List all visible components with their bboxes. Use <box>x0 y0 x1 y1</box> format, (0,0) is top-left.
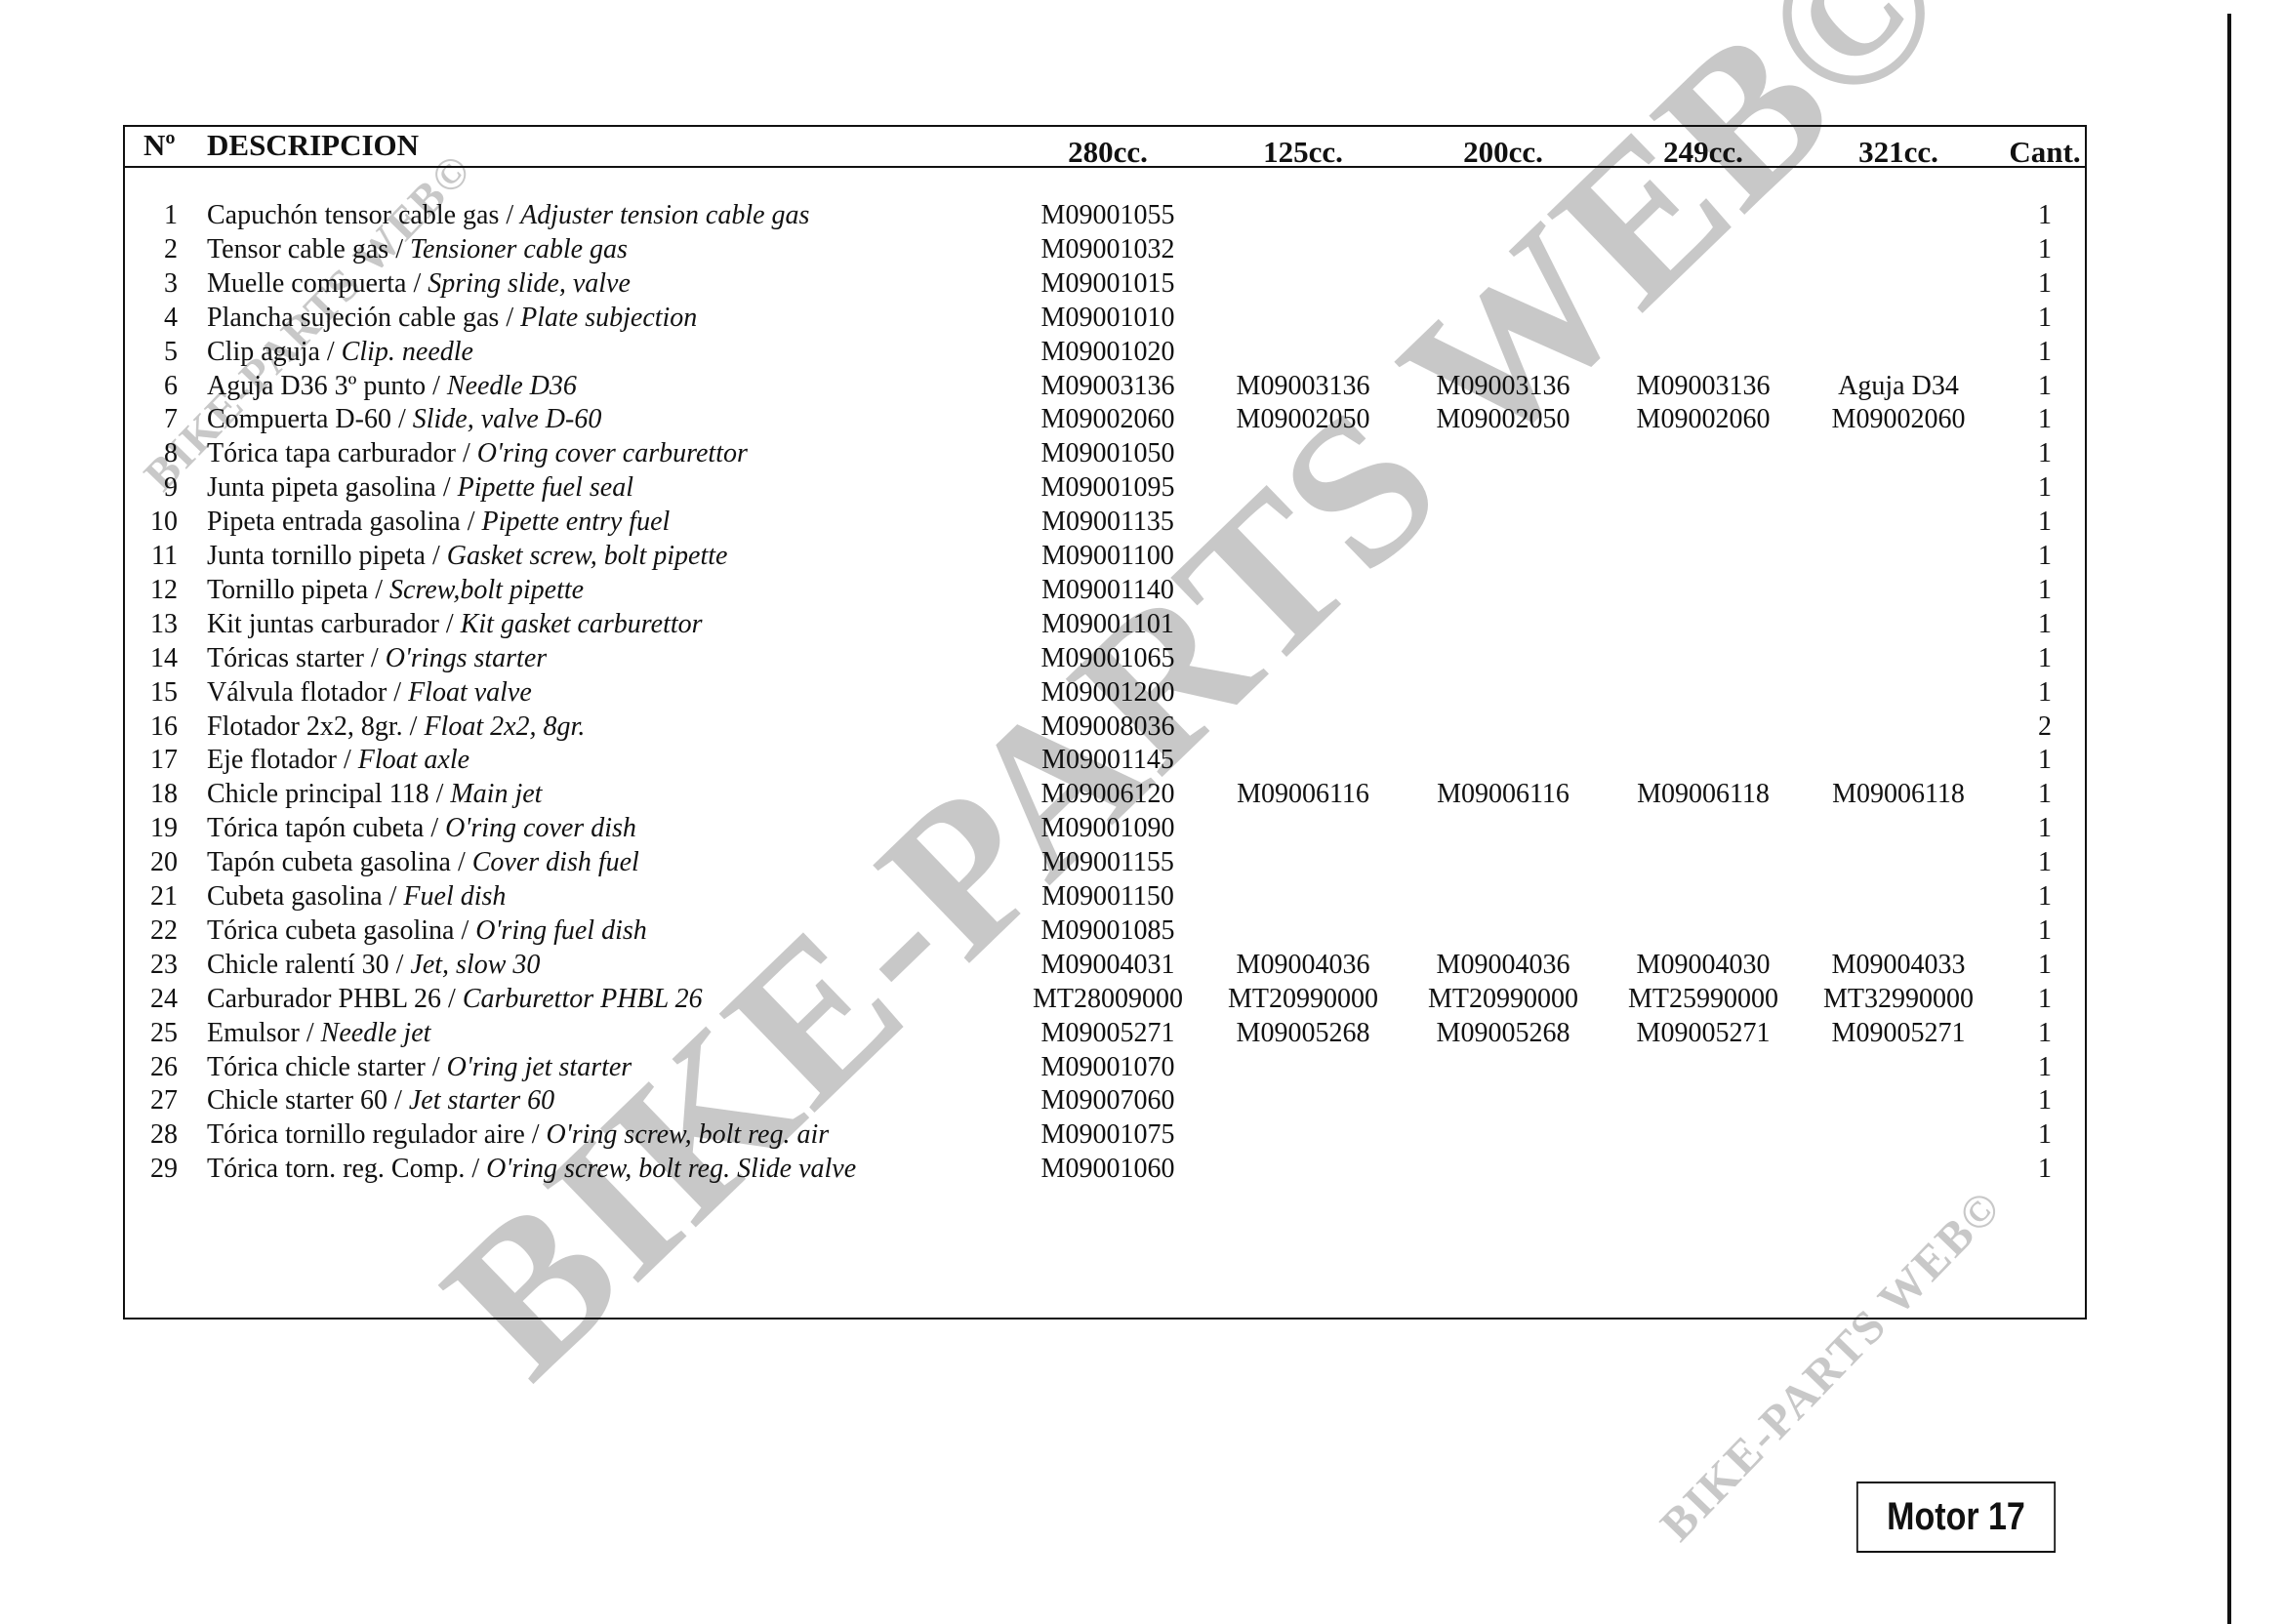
part-code: Aguja D34 <box>1801 369 1996 403</box>
table-row: 20Tapón cubeta gasolina / Cover dish fue… <box>0 845 2283 879</box>
row-number: 18 <box>137 777 178 811</box>
row-number: 27 <box>137 1083 178 1117</box>
part-code: M09001010 <box>1010 301 1205 335</box>
description-english: O'ring screw, bolt reg. Slide valve <box>486 1154 856 1184</box>
table-row: 18Chicle principal 118 / Main jetM090061… <box>0 777 2283 811</box>
row-quantity: 1 <box>2030 436 2059 470</box>
table-row: 27Chicle starter 60 / Jet starter 60M090… <box>0 1083 2283 1117</box>
part-code: M09001155 <box>1010 845 1205 879</box>
table-row: 16Flotador 2x2, 8gr. / Float 2x2, 8gr.M0… <box>0 710 2283 744</box>
row-number: 3 <box>137 266 178 301</box>
description-separator: / <box>499 303 520 333</box>
row-number: 23 <box>137 948 178 982</box>
part-code: M09001065 <box>1010 641 1205 675</box>
row-description: Kit juntas carburador / Kit gasket carbu… <box>207 607 703 641</box>
table-row: 28Tórica tornillo regulador aire / O'rin… <box>0 1117 2283 1152</box>
row-description: Tórica tapón cubeta / O'ring cover dish <box>207 811 636 845</box>
row-quantity: 1 <box>2030 1050 2059 1084</box>
part-code: M09001032 <box>1010 232 1205 266</box>
description-english: Clip. needle <box>342 337 473 367</box>
table-row: 5Clip aguja / Clip. needleM090010201 <box>0 335 2283 369</box>
description-spanish: Carburador PHBL 26 <box>207 984 441 1014</box>
row-number: 17 <box>137 743 178 777</box>
description-separator: / <box>451 847 472 877</box>
row-number: 10 <box>137 505 178 539</box>
row-number: 16 <box>137 710 178 744</box>
description-separator: / <box>426 541 447 571</box>
description-spanish: Tapón cubeta gasolina <box>207 847 451 877</box>
description-english: Carburettor PHBL 26 <box>463 984 703 1014</box>
description-english: Float valve <box>408 677 532 708</box>
row-description: Plancha sujeción cable gas / Plate subje… <box>207 301 697 335</box>
row-description: Chicle starter 60 / Jet starter 60 <box>207 1083 554 1117</box>
row-number: 22 <box>137 913 178 948</box>
row-description: Chicle ralentí 30 / Jet, slow 30 <box>207 948 540 982</box>
description-english: Pipette fuel seal <box>458 472 633 503</box>
row-description: Tórica torn. reg. Comp. / O'ring screw, … <box>207 1152 856 1186</box>
row-quantity: 2 <box>2030 710 2059 744</box>
table-row: 11Junta tornillo pipeta / Gasket screw, … <box>0 539 2283 573</box>
row-number: 13 <box>137 607 178 641</box>
row-quantity: 1 <box>2030 1016 2059 1050</box>
table-row: 1Capuchón tensor cable gas / Adjuster te… <box>0 198 2283 232</box>
description-separator: / <box>426 371 447 401</box>
row-quantity: 1 <box>2030 1152 2059 1186</box>
description-english: Plate subjection <box>520 303 697 333</box>
row-description: Clip aguja / Clip. needle <box>207 335 473 369</box>
description-english: O'rings starter <box>386 643 547 673</box>
description-spanish: Plancha sujeción cable gas <box>207 303 499 333</box>
part-code: M09008036 <box>1010 710 1205 744</box>
row-description: Tórica cubeta gasolina / O'ring fuel dis… <box>207 913 647 948</box>
description-spanish: Tórica cubeta gasolina <box>207 915 454 946</box>
table-row: 13Kit juntas carburador / Kit gasket car… <box>0 607 2283 641</box>
description-english: Cover dish fuel <box>472 847 639 877</box>
part-code: M09001020 <box>1010 335 1205 369</box>
description-separator: / <box>426 1052 447 1082</box>
part-code: M09004031 <box>1010 948 1205 982</box>
part-code: MT20990000 <box>1406 982 1601 1016</box>
table-row: 4Plancha sujeción cable gas / Plate subj… <box>0 301 2283 335</box>
header-249cc: 249cc. <box>1606 134 1801 171</box>
part-code: M09004036 <box>1205 948 1401 982</box>
description-separator: / <box>456 438 477 468</box>
description-english: Fuel dish <box>403 881 506 912</box>
row-description: Válvula flotador / Float valve <box>207 675 532 710</box>
row-number: 4 <box>137 301 178 335</box>
part-code: M09001070 <box>1010 1050 1205 1084</box>
row-quantity: 1 <box>2030 539 2059 573</box>
row-quantity: 1 <box>2030 232 2059 266</box>
row-quantity: 1 <box>2030 402 2059 436</box>
description-english: Jet starter 60 <box>409 1085 554 1116</box>
row-description: Junta tornillo pipeta / Gasket screw, bo… <box>207 539 727 573</box>
row-number: 5 <box>137 335 178 369</box>
description-english: Needle D36 <box>447 371 577 401</box>
row-number: 1 <box>137 198 178 232</box>
row-number: 28 <box>137 1117 178 1152</box>
description-spanish: Clip aguja <box>207 337 320 367</box>
part-code: M09001145 <box>1010 743 1205 777</box>
row-quantity: 1 <box>2030 1117 2059 1152</box>
description-separator: / <box>387 1085 409 1116</box>
part-code: M09002050 <box>1205 402 1401 436</box>
description-separator: / <box>391 404 413 434</box>
description-english: Needle jet <box>321 1018 431 1048</box>
row-quantity: 1 <box>2030 675 2059 710</box>
part-code: M09007060 <box>1010 1083 1205 1117</box>
description-spanish: Junta tornillo pipeta <box>207 541 426 571</box>
row-quantity: 1 <box>2030 369 2059 403</box>
header-quantity: Cant. <box>1947 134 2142 171</box>
row-number: 7 <box>137 402 178 436</box>
description-separator: / <box>465 1154 486 1184</box>
table-row: 2Tensor cable gas / Tensioner cable gasM… <box>0 232 2283 266</box>
table-row: 14Tóricas starter / O'rings starterM0900… <box>0 641 2283 675</box>
row-description: Eje flotador / Float axle <box>207 743 469 777</box>
description-separator: / <box>337 745 358 775</box>
row-quantity: 1 <box>2030 198 2059 232</box>
page-label: Motor 17 <box>1856 1482 2056 1553</box>
part-code: M09004030 <box>1606 948 1801 982</box>
part-code: M09003136 <box>1606 369 1801 403</box>
part-code: MT28009000 <box>1010 982 1205 1016</box>
header-number: Nº <box>143 127 176 164</box>
part-code: MT20990000 <box>1205 982 1401 1016</box>
description-separator: / <box>388 234 410 264</box>
row-quantity: 1 <box>2030 607 2059 641</box>
row-quantity: 1 <box>2030 948 2059 982</box>
description-separator: / <box>368 575 389 605</box>
row-quantity: 1 <box>2030 573 2059 607</box>
description-spanish: Tórica torn. reg. Comp. <box>207 1154 465 1184</box>
row-quantity: 1 <box>2030 743 2059 777</box>
description-separator: / <box>364 643 386 673</box>
row-description: Pipeta entrada gasolina / Pipette entry … <box>207 505 670 539</box>
description-spanish: Compuerta D-60 <box>207 404 391 434</box>
part-code: M09001150 <box>1010 879 1205 913</box>
table-row: 26Tórica chicle starter / O'ring jet sta… <box>0 1050 2283 1084</box>
row-quantity: 1 <box>2030 470 2059 505</box>
description-english: Spring slide, valve <box>428 268 631 299</box>
table-row: 12Tornillo pipeta / Screw,bolt pipetteM0… <box>0 573 2283 607</box>
header-280cc: 280cc. <box>1010 134 1205 171</box>
part-code: M09001090 <box>1010 811 1205 845</box>
description-spanish: Tórica tornillo regulador aire <box>207 1119 525 1150</box>
description-separator: / <box>439 609 461 639</box>
description-spanish: Tóricas starter <box>207 643 364 673</box>
description-english: Slide, valve D-60 <box>413 404 602 434</box>
row-number: 29 <box>137 1152 178 1186</box>
row-quantity: 1 <box>2030 641 2059 675</box>
table-row: 29Tórica torn. reg. Comp. / O'ring screw… <box>0 1152 2283 1186</box>
header-125cc: 125cc. <box>1205 134 1401 171</box>
description-english: Tensioner cable gas <box>410 234 628 264</box>
description-spanish: Chicle principal 118 <box>207 779 429 809</box>
row-description: Tóricas starter / O'rings starter <box>207 641 547 675</box>
part-code: M09001055 <box>1010 198 1205 232</box>
row-number: 11 <box>137 539 178 573</box>
part-code: M09004036 <box>1406 948 1601 982</box>
row-quantity: 1 <box>2030 505 2059 539</box>
row-number: 15 <box>137 675 178 710</box>
row-number: 20 <box>137 845 178 879</box>
part-code: M09005271 <box>1801 1016 1996 1050</box>
row-description: Cubeta gasolina / Fuel dish <box>207 879 506 913</box>
row-quantity: 1 <box>2030 1083 2059 1117</box>
description-separator: / <box>436 472 458 503</box>
header-description: DESCRIPCION <box>207 127 419 164</box>
table-row: 10Pipeta entrada gasolina / Pipette entr… <box>0 505 2283 539</box>
row-description: Chicle principal 118 / Main jet <box>207 777 542 811</box>
part-code: M09001101 <box>1010 607 1205 641</box>
description-english: Adjuster tension cable gas <box>520 200 809 230</box>
part-code: MT32990000 <box>1801 982 1996 1016</box>
description-spanish: Chicle ralentí 30 <box>207 950 389 980</box>
description-english: Float 2x2, 8gr. <box>424 711 585 742</box>
description-separator: / <box>383 881 404 912</box>
description-separator: / <box>525 1119 547 1150</box>
part-code: M09005271 <box>1010 1016 1205 1050</box>
row-number: 19 <box>137 811 178 845</box>
part-code: M09005268 <box>1406 1016 1601 1050</box>
row-number: 21 <box>137 879 178 913</box>
description-english: O'ring cover carburettor <box>477 438 748 468</box>
part-code: M09002060 <box>1606 402 1801 436</box>
description-english: Kit gasket carburettor <box>461 609 703 639</box>
row-number: 14 <box>137 641 178 675</box>
description-spanish: Chicle starter 60 <box>207 1085 387 1116</box>
row-description: Flotador 2x2, 8gr. / Float 2x2, 8gr. <box>207 710 585 744</box>
table-row: 17Eje flotador / Float axleM090011451 <box>0 743 2283 777</box>
table-row: 3Muelle compuerta / Spring slide, valveM… <box>0 266 2283 301</box>
part-code: M09003136 <box>1406 369 1601 403</box>
table-row: 8Tórica tapa carburador / O'ring cover c… <box>0 436 2283 470</box>
part-code: M09002050 <box>1406 402 1601 436</box>
row-quantity: 1 <box>2030 879 2059 913</box>
row-quantity: 1 <box>2030 845 2059 879</box>
description-spanish: Junta pipeta gasolina <box>207 472 436 503</box>
table-row: 24Carburador PHBL 26 / Carburettor PHBL … <box>0 982 2283 1016</box>
row-quantity: 1 <box>2030 266 2059 301</box>
description-spanish: Cubeta gasolina <box>207 881 383 912</box>
part-code: M09001135 <box>1010 505 1205 539</box>
description-english: Screw,bolt pipette <box>389 575 584 605</box>
description-spanish: Aguja D36 3º punto <box>207 371 426 401</box>
row-description: Compuerta D-60 / Slide, valve D-60 <box>207 402 601 436</box>
parts-list-page: BIKE-PARTS WEB© BIKE-PARTS WEB© BIKE-PAR… <box>0 0 2283 1624</box>
row-description: Capuchón tensor cable gas / Adjuster ten… <box>207 198 809 232</box>
table-row: 21Cubeta gasolina / Fuel dishM090011501 <box>0 879 2283 913</box>
row-number: 12 <box>137 573 178 607</box>
part-code: M09006118 <box>1801 777 1996 811</box>
description-english: Pipette entry fuel <box>481 507 670 537</box>
row-quantity: 1 <box>2030 301 2059 335</box>
description-separator: / <box>387 677 408 708</box>
row-quantity: 1 <box>2030 335 2059 369</box>
part-code: M09001085 <box>1010 913 1205 948</box>
row-description: Tórica chicle starter / O'ring jet start… <box>207 1050 632 1084</box>
description-spanish: Muelle compuerta <box>207 268 406 299</box>
part-code: M09001060 <box>1010 1152 1205 1186</box>
row-description: Emulsor / Needle jet <box>207 1016 430 1050</box>
row-description: Carburador PHBL 26 / Carburettor PHBL 26 <box>207 982 703 1016</box>
part-code: M09001095 <box>1010 470 1205 505</box>
part-code: M09001050 <box>1010 436 1205 470</box>
part-code: M09005268 <box>1205 1016 1401 1050</box>
table-row: 23Chicle ralentí 30 / Jet, slow 30M09004… <box>0 948 2283 982</box>
description-spanish: Flotador 2x2, 8gr. <box>207 711 403 742</box>
part-code: M09004033 <box>1801 948 1996 982</box>
row-number: 26 <box>137 1050 178 1084</box>
table-row: 19Tórica tapón cubeta / O'ring cover dis… <box>0 811 2283 845</box>
part-code: M09001075 <box>1010 1117 1205 1152</box>
row-description: Muelle compuerta / Spring slide, valve <box>207 266 631 301</box>
description-separator: / <box>320 337 342 367</box>
description-english: Gasket screw, bolt pipette <box>447 541 728 571</box>
description-spanish: Válvula flotador <box>207 677 387 708</box>
row-quantity: 1 <box>2030 913 2059 948</box>
description-spanish: Kit juntas carburador <box>207 609 439 639</box>
description-separator: / <box>461 507 482 537</box>
table-row: 9Junta pipeta gasolina / Pipette fuel se… <box>0 470 2283 505</box>
description-english: O'ring jet starter <box>447 1052 632 1082</box>
part-code: MT25990000 <box>1606 982 1801 1016</box>
row-description: Tórica tapa carburador / O'ring cover ca… <box>207 436 748 470</box>
description-english: O'ring screw, bolt reg. air <box>547 1119 830 1150</box>
row-description: Junta pipeta gasolina / Pipette fuel sea… <box>207 470 633 505</box>
table-row: 25Emulsor / Needle jetM09005271M09005268… <box>0 1016 2283 1050</box>
row-number: 6 <box>137 369 178 403</box>
description-separator: / <box>424 813 445 843</box>
description-spanish: Tensor cable gas <box>207 234 388 264</box>
description-english: Float axle <box>358 745 469 775</box>
description-spanish: Tórica chicle starter <box>207 1052 426 1082</box>
part-code: M09005271 <box>1606 1016 1801 1050</box>
description-spanish: Emulsor <box>207 1018 300 1048</box>
row-number: 24 <box>137 982 178 1016</box>
description-english: O'ring cover dish <box>445 813 636 843</box>
description-english: O'ring fuel dish <box>475 915 647 946</box>
part-code: M09006120 <box>1010 777 1205 811</box>
description-spanish: Capuchón tensor cable gas <box>207 200 499 230</box>
row-description: Tapón cubeta gasolina / Cover dish fuel <box>207 845 639 879</box>
table-row: 15Válvula flotador / Float valveM0900120… <box>0 675 2283 710</box>
row-quantity: 1 <box>2030 811 2059 845</box>
part-code: M09006118 <box>1606 777 1801 811</box>
row-description: Tórica tornillo regulador aire / O'ring … <box>207 1117 829 1152</box>
description-spanish: Tórica tapón cubeta <box>207 813 424 843</box>
description-separator: / <box>499 200 520 230</box>
table-row: 6Aguja D36 3º punto / Needle D36M0900313… <box>0 369 2283 403</box>
header-200cc: 200cc. <box>1406 134 1601 171</box>
description-separator: / <box>403 711 425 742</box>
row-number: 25 <box>137 1016 178 1050</box>
description-separator: / <box>406 268 428 299</box>
part-code: M09001140 <box>1010 573 1205 607</box>
description-separator: / <box>300 1018 321 1048</box>
part-code: M09006116 <box>1406 777 1601 811</box>
table-row: 7Compuerta D-60 / Slide, valve D-60M0900… <box>0 402 2283 436</box>
part-code: M09002060 <box>1010 402 1205 436</box>
part-code: M09006116 <box>1205 777 1401 811</box>
description-spanish: Tórica tapa carburador <box>207 438 456 468</box>
part-code: M09003136 <box>1010 369 1205 403</box>
description-spanish: Tornillo pipeta <box>207 575 368 605</box>
description-separator: / <box>429 779 451 809</box>
row-number: 8 <box>137 436 178 470</box>
row-description: Tensor cable gas / Tensioner cable gas <box>207 232 628 266</box>
row-quantity: 1 <box>2030 777 2059 811</box>
description-separator: / <box>389 950 411 980</box>
description-separator: / <box>441 984 463 1014</box>
description-separator: / <box>454 915 475 946</box>
description-english: Jet, slow 30 <box>410 950 540 980</box>
part-code: M09003136 <box>1205 369 1401 403</box>
row-quantity: 1 <box>2030 982 2059 1016</box>
part-code: M09001200 <box>1010 675 1205 710</box>
description-english: Main jet <box>450 779 542 809</box>
part-code: M09001015 <box>1010 266 1205 301</box>
part-code: M09001100 <box>1010 539 1205 573</box>
row-number: 2 <box>137 232 178 266</box>
page-edge-line <box>2227 14 2231 1624</box>
row-description: Tornillo pipeta / Screw,bolt pipette <box>207 573 584 607</box>
row-description: Aguja D36 3º punto / Needle D36 <box>207 369 577 403</box>
table-row: 22Tórica cubeta gasolina / O'ring fuel d… <box>0 913 2283 948</box>
description-spanish: Eje flotador <box>207 745 337 775</box>
row-number: 9 <box>137 470 178 505</box>
part-code: M09002060 <box>1801 402 1996 436</box>
description-spanish: Pipeta entrada gasolina <box>207 507 461 537</box>
